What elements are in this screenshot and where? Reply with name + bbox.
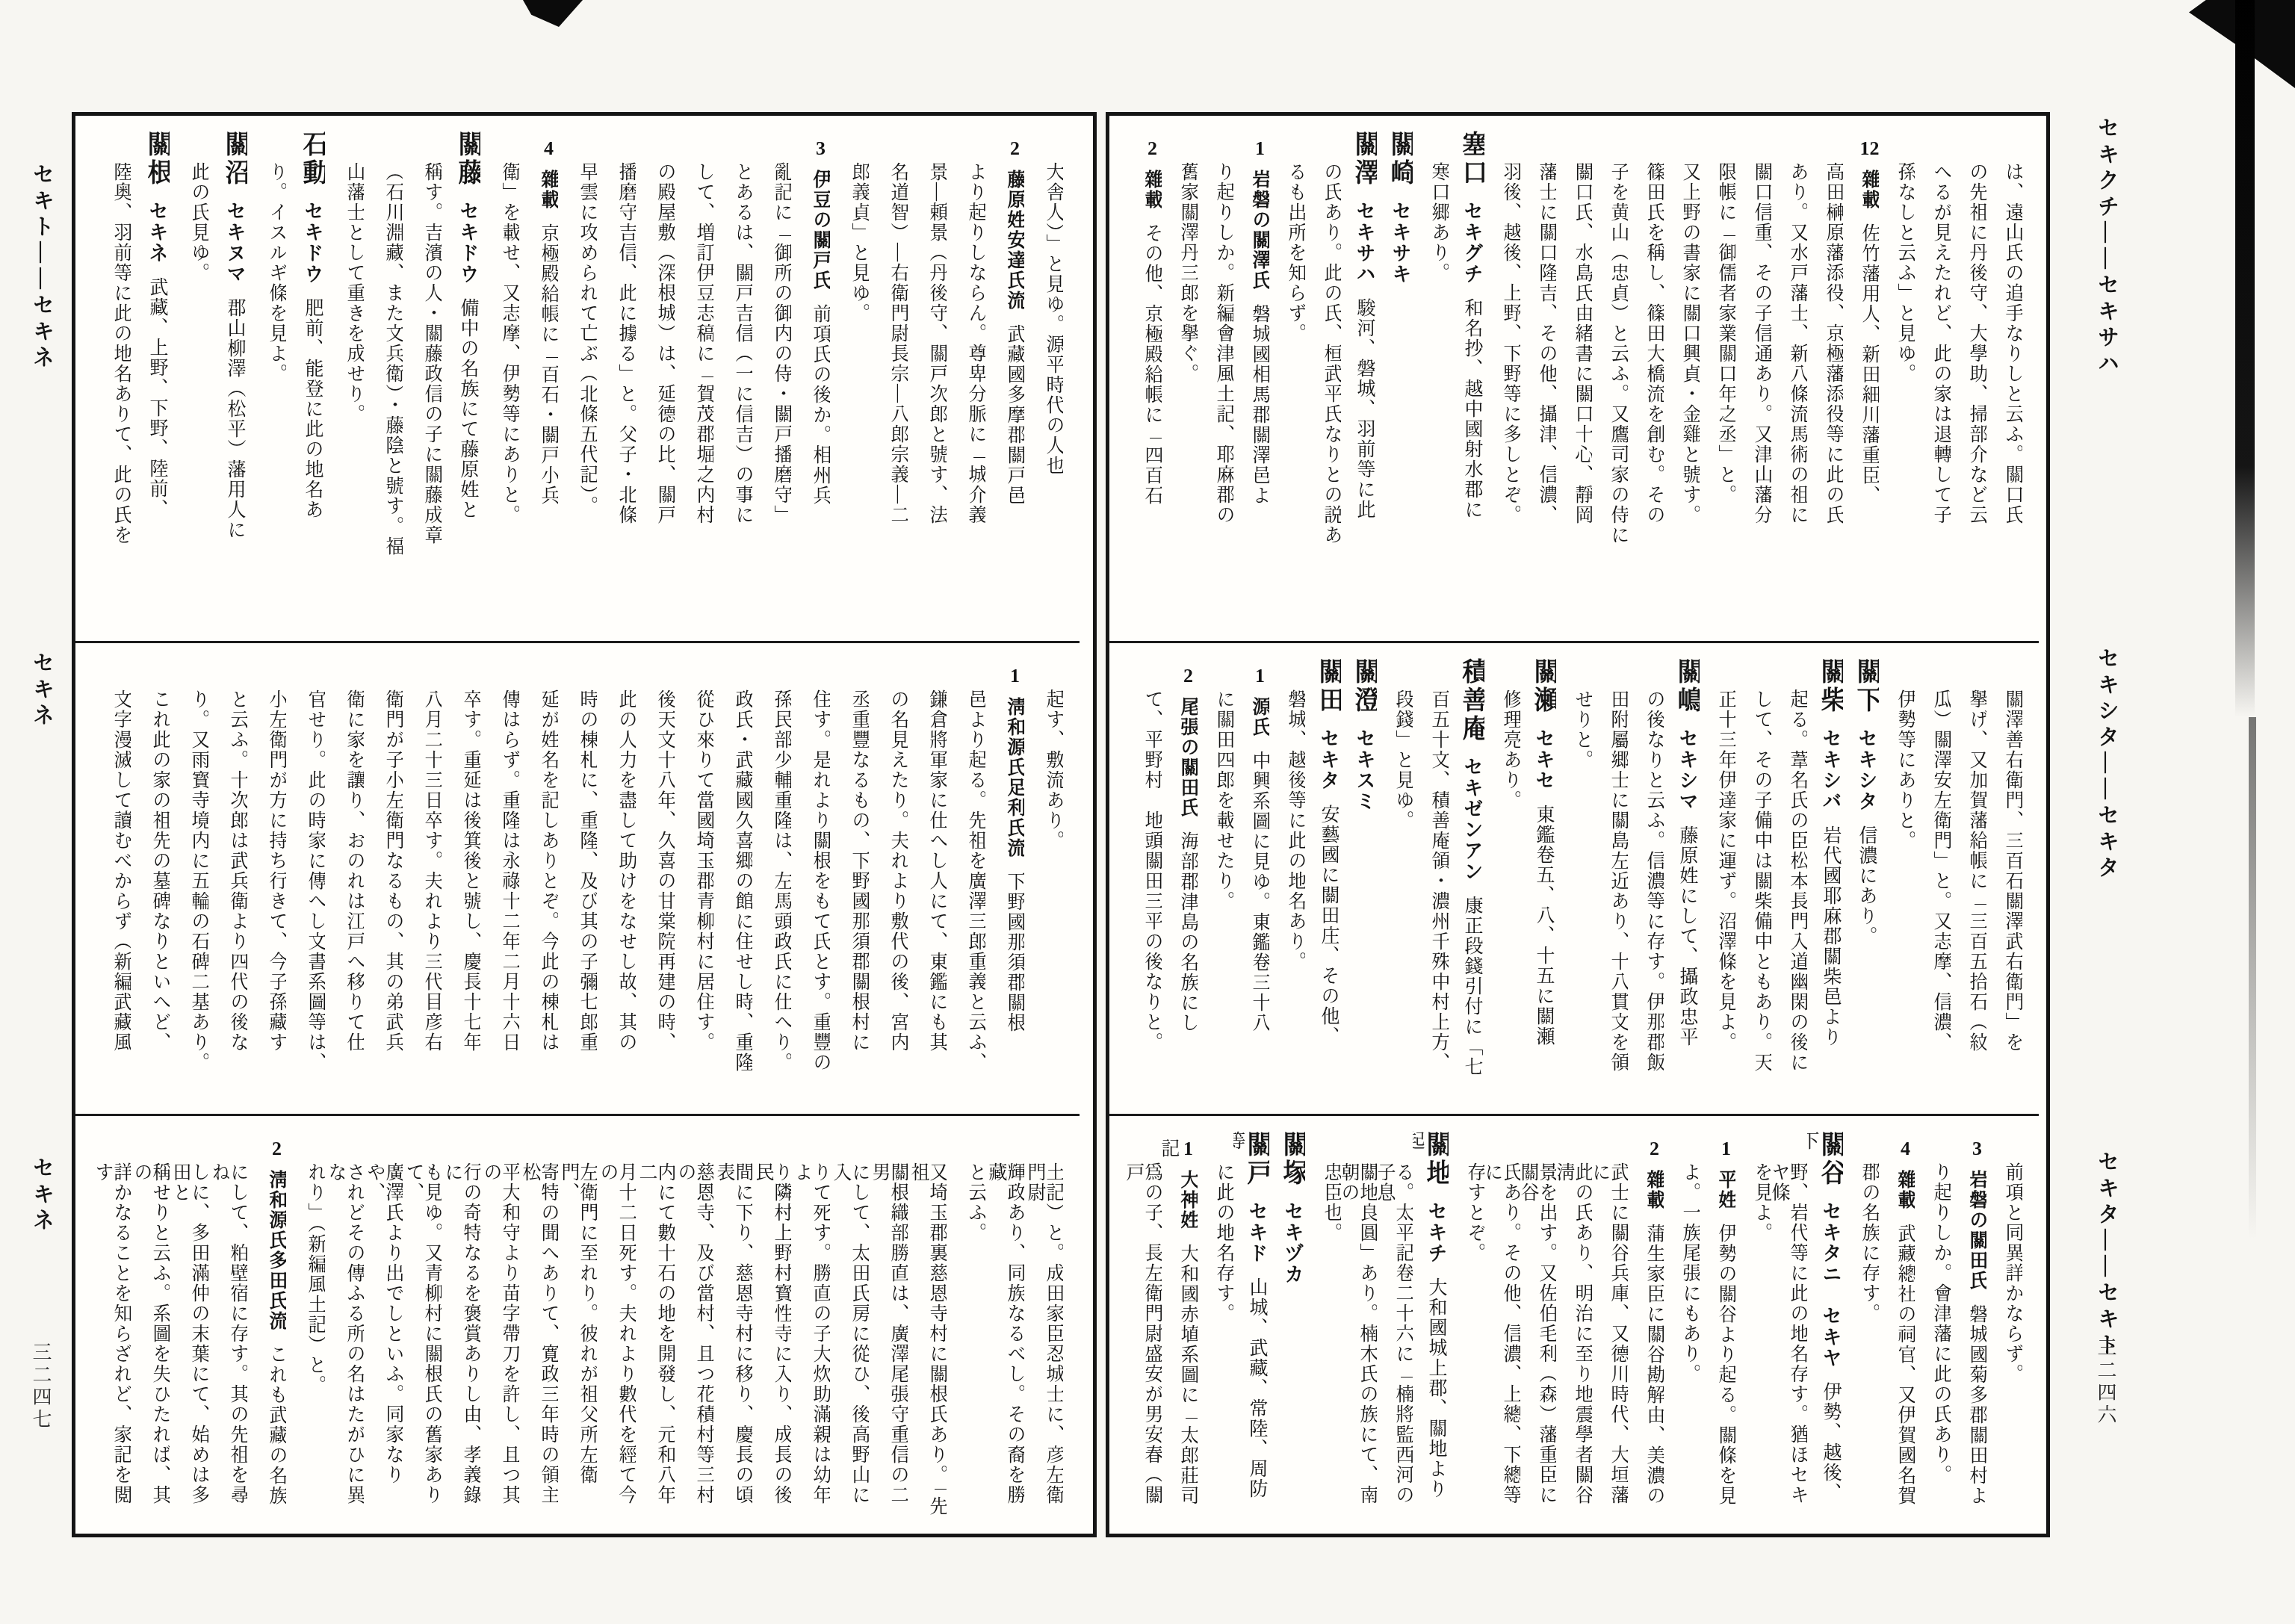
column-text: 關地良圓」あり。楠木氏の族にて、南朝の: [1341, 1162, 1377, 1505]
entry-column: 播磨守吉信、此に據る」と。父子・北條: [597, 126, 636, 630]
entry-column: 4雜載京極殿給帳に「百石・關戸小兵: [519, 126, 558, 630]
headword: 關澤: [1351, 131, 1377, 187]
headword: 關戸: [1243, 1131, 1269, 1188]
column-text: あり。又水戸藩士、新八條流馬術の祖に: [1788, 162, 1807, 525]
column-text: るも出所を知らず。: [1286, 162, 1305, 344]
headword: 塞口: [1458, 131, 1484, 187]
column-text: 間に下り、慈恩寺村に移り、慶長の頃表: [714, 1162, 752, 1505]
entry-subhead: 岩磐の關澤氏: [1250, 170, 1269, 291]
entry-column: 磐城、越後等に此の地名あり。: [1269, 654, 1305, 1103]
column-text: 陸奥、羽前等に此の地名ありて、此の氏を: [111, 162, 131, 545]
column-text: 起る。葦名氏の臣松本長門入道幽閑の後に: [1788, 689, 1807, 1073]
column-text: と云ふ。十次郎は武兵衛より四代の後な: [228, 689, 247, 1053]
column-text: 和名抄、越中國射水郡に: [1462, 298, 1482, 520]
column-text: の先祖に丹後守、大學助、掃部介など云: [1967, 162, 1986, 525]
column-text: 名道智）―右衛門尉長宗―八郎宗義―二: [888, 162, 908, 525]
entry-column: 1淸和源氏足利氏流下野國那須郡關根: [985, 654, 1024, 1103]
entry-column: る。太平記卷二十六に「楠將監西河の子息: [1377, 1126, 1413, 1516]
entry-column: 爲の子、長左衛門尉盛安が男安春（關戸: [1126, 1126, 1162, 1516]
entry-column: に此の地名存す。: [1198, 1126, 1233, 1516]
column-text: 肥前、能登に此の地名あ: [303, 298, 323, 520]
entry-column: 山藩士として重きを成せり。: [325, 126, 364, 630]
column-text: して、増訂伊豆志稿に「賀茂郡堀之内村: [694, 162, 713, 525]
entry-column: 官せり。此の時家に傳へし文書系圖等は、: [286, 654, 325, 1103]
column-text: 磐城國菊多郡關田村よ: [1967, 1304, 1986, 1506]
column-text: 伊勢の關谷より起る。關條を見: [1716, 1224, 1735, 1506]
entry-column: せりと。: [1556, 654, 1592, 1103]
entry-column: 平大和守より苗字帶刀を許し、且つ其の: [480, 1126, 519, 1516]
column-text: 文字漫滅して讀むべからず（新編武藏風: [111, 689, 131, 1053]
headword: 關嶋: [1673, 658, 1700, 715]
headword: 石動: [299, 131, 325, 187]
entry-column: 高田榊原藩添役、京極藩添役等に此の氏: [1807, 126, 1843, 630]
entry-column: 土記）と。成田家臣忍城士に、彦左衛門尉: [1024, 1126, 1063, 1516]
headword: 關柴: [1817, 658, 1843, 715]
entry-subhead: 源氏: [1250, 697, 1269, 737]
entry-column: 從ひ來りて當國埼玉郡青柳村に居住す。: [675, 654, 713, 1103]
entry-column: 廣澤氏より出でしといふ。同家なりや、: [364, 1126, 403, 1516]
column-text: 稱せりと云ふ。系圖を失ひたれば、其の: [131, 1162, 170, 1505]
entry-column: 關口信重、その子信通あり。又津山藩分: [1735, 126, 1771, 630]
entry-column: 衛門が子小左衛門なるもの、其の弟武兵: [364, 654, 403, 1103]
column-text: 擧げ、又加賀藩給帳に「三百五拾石（紋: [1967, 689, 1986, 1053]
column-text: 備中の名族にて藤原姓と: [458, 298, 478, 520]
column-text: 田附屬郷士に關島左近あり、十八貫文を領: [1608, 689, 1628, 1073]
page-number: 三二四七: [27, 1342, 55, 1431]
entry-column: の後なりと云ふ。信濃等に存す。伊那郡飯: [1628, 654, 1664, 1103]
column-text: 衛門が子小左衛門なるもの、其の弟武兵: [383, 689, 403, 1053]
column-text: の氏あり。此の氏、桓武平氏なりとの説あ: [1322, 162, 1341, 545]
entry-subhead: 雜載: [1895, 1170, 1915, 1210]
entry-column: り。イスルギ條を見よ。: [247, 126, 286, 630]
entry-number: 12: [1859, 138, 1879, 158]
column-text: 篠田氏を稱し、篠田大橋流を創む。その: [1644, 162, 1664, 525]
entry-column: 亂記に「御所の御内の侍・關戸播磨守」: [752, 126, 791, 630]
entry-column: 小左衛門が方に持ち行きて、今子孫藏す: [247, 654, 286, 1103]
entry-column: 孫民部少輔重隆は、左馬頭政氏に仕へり。: [752, 654, 791, 1103]
entry-column: 寄特の聞へありて、寛政三年時の領主松: [519, 1126, 558, 1516]
column-text: 子を黄山（忠貞）と云ふ。又鷹司家の侍に: [1608, 162, 1628, 545]
column-text: て、平野村 地頭關田三平の後なりと。: [1142, 689, 1162, 1053]
entry-column: 1大神姓大和國赤埴系圖に「太郎莊司記: [1162, 1126, 1198, 1516]
column-text: 土記）と。成田家臣忍城士に、彦左衛門尉: [1025, 1162, 1063, 1505]
page-number: 三二四六: [2092, 1337, 2119, 1427]
entry-column: 限帳に「御儒者家業關口年之丞」と。: [1700, 126, 1735, 630]
column-text: 詳かなることを知らざれど、家記を閲す: [93, 1162, 131, 1505]
entry-column-headword: 關澤セキサハ駿河、磐城、羽前等に此: [1341, 126, 1377, 630]
column-text: 月十二日死す。夫れより數代を經て今の: [598, 1162, 636, 1505]
column-text: 孫民部少輔重隆は、左馬頭政氏に仕へり。: [772, 689, 791, 1073]
column-text: 郡山柳澤（松平）藩用人に: [225, 298, 245, 540]
entry-number: 1: [1249, 138, 1269, 158]
column-text: 下野國那須郡關根: [1005, 872, 1024, 1033]
headword-reading: セキドウ: [302, 201, 323, 285]
column-text: 政氏・武藏國久喜郷の館に住せし時、重隆: [733, 689, 752, 1073]
column-text: 八月二十三日卒す。夫れより三代目彦右: [422, 689, 442, 1053]
headword: 關田: [1315, 658, 1341, 715]
column-text: しに、多田滿仲の末葉にて、始めは多田と: [170, 1162, 208, 1505]
column-text: 爲の子、長左衛門尉盛安が男安春（關戸: [1126, 1162, 1162, 1505]
headword-reading: セキサハ: [1354, 201, 1375, 285]
entry-column: 1源氏中興系圖に見ゆ。東鑑卷三十八: [1233, 654, 1269, 1103]
entry-column: 忠臣也。: [1305, 1126, 1341, 1516]
entry-column-headword: 關嶋セキシマ藤原姓にして、攝政忠平: [1664, 654, 1700, 1103]
entry-column: 政氏・武藏國久喜郷の館に住せし時、重隆: [713, 654, 752, 1103]
scan-edge-shadow: [2235, 0, 2255, 717]
entry-column: 後天文十八年、久喜の甘棠院再建の時、: [636, 654, 675, 1103]
column-text: を見よ。: [1752, 1162, 1771, 1243]
entry-column: も見ゆ。又青柳村に關根氏の舊家ありて、: [403, 1126, 442, 1516]
entry-column: 12雜載佐竹藩用人、新田細川藩重臣、: [1843, 126, 1879, 630]
entry-column: とあるは、關戸吉信（一に信吉）の事に: [713, 126, 752, 630]
entry-column: を見よ。: [1735, 1126, 1771, 1516]
entry-column: と云ふ。: [947, 1126, 985, 1516]
column-text: り。イスルギ條を見よ。: [267, 162, 286, 384]
column-text: 後天文十八年、久喜の甘棠院再建の時、: [655, 689, 675, 1053]
scanned-dictionary-spread: { "page_left": { "page_number": "三二四七", …: [0, 0, 2295, 1624]
entry-column: 又埼玉郡裏慈恩寺村に關根氏あり。「先祖: [908, 1126, 947, 1516]
entry-column: りて死す。勝直の子大炊助滿親は幼年よ: [791, 1126, 830, 1516]
column-text: 此の氏あり、明治に至り地震學者關谷淸: [1556, 1162, 1592, 1505]
column-text: 寒口郷あり。: [1429, 162, 1449, 283]
entry-column: て、平野村 地頭關田三平の後なりと。: [1126, 654, 1162, 1103]
column-text: 武藏總社の祠官、又伊賀國名賀: [1895, 1224, 1915, 1506]
headword-reading: セキネ: [146, 201, 168, 264]
entry-column: 修理亮あり。: [1484, 654, 1520, 1103]
entry-column: 行の奇特なるを褒賞ありし由、孝義錄に: [442, 1126, 480, 1516]
column-text: 輝政あり、同族なるべし。その裔を勝藏: [986, 1162, 1024, 1505]
entry-column-headword: 積善庵セキゼンアン康正段錢引付に「七: [1449, 654, 1484, 1103]
text-band: 關澤善右衛門、三百石關澤武右衛門」を擧げ、又加賀藩給帳に「三百五拾石（紋瓜）關澤…: [1109, 641, 2039, 1114]
headword-reading: セキヌマ: [224, 201, 246, 285]
entry-column: 稱す。吉濱の人・關藤政信の子に關藤成章: [403, 126, 442, 630]
entry-column: れり」（新編風土記）と。: [286, 1126, 325, 1516]
headword-reading: セキタニ セキヤ: [1820, 1201, 1842, 1369]
entry-column: 延が姓名を記しありとぞ。今此の棟札は: [519, 654, 558, 1103]
column-text: れり」（新編風土記）と。: [306, 1162, 325, 1395]
entry-column: 輝政あり、同族なるべし。その裔を勝藏: [985, 1126, 1024, 1516]
entry-column: 關地良圓」あり。楠木氏の族にて、南朝の: [1341, 1126, 1377, 1516]
margin-guideword: セキネ: [27, 1156, 58, 1235]
column-text: 山藩士として重きを成せり。: [344, 162, 364, 424]
text-band: 前項と同異詳かならず。3岩磐の關田氏磐城國菊多郡關田村より起りしか。會津藩に此の…: [1109, 1114, 2039, 1527]
entry-column: 擧げ、又加賀藩給帳に「三百五拾石（紋: [1951, 654, 1986, 1103]
entry-column: 起す、敷流あり。: [1024, 654, 1063, 1103]
column-text: にして、粕壁宿に存す。其の先祖を尋ね: [209, 1162, 247, 1505]
column-text: 早雲に攻められて亡ぶ（北條五代記）。: [577, 162, 597, 516]
column-text: 瓜）關澤安左衛門」と。又志摩、信濃、: [1931, 689, 1951, 1053]
entry-column: と云ふ。十次郎は武兵衛より四代の後な: [208, 654, 247, 1103]
column-text: 藤原姓にして、攝政忠平: [1677, 825, 1697, 1047]
column-text: （石川淵藏、また文兵衛）・藤陰と號す。福: [383, 162, 403, 557]
column-text: 延が姓名を記しありとぞ。今此の棟札は: [539, 689, 558, 1053]
headword: 關崎: [1387, 131, 1413, 187]
headword: 關塚: [1279, 1131, 1305, 1188]
column-text: 磐城國相馬郡關澤邑よ: [1250, 304, 1269, 506]
column-text: 忠臣也。: [1322, 1162, 1341, 1243]
entry-subhead: 淸和源氏足利氏流: [1005, 697, 1024, 858]
column-text: 駿河、磐城、羽前等に此: [1354, 298, 1375, 520]
entry-number: 3: [1966, 1138, 1986, 1158]
entry-column: 氏あり。その他、信濃、上總、下總等に: [1484, 1126, 1520, 1516]
column-text: 關根織部勝直は、廣澤尾張守重信の二男: [870, 1162, 908, 1505]
column-text: 關澤善右衛門、三百石關澤武右衛門」を: [2003, 689, 2022, 1053]
margin-guideword: セキネ: [27, 651, 58, 730]
column-text: これ此の家の祖先の墓碑なりといへど、: [150, 689, 170, 1053]
entry-column: 4雜載武藏總社の祠官、又伊賀國名賀: [1879, 1126, 1915, 1516]
entry-column: 八月二十三日卒す。夫れより三代目彦右: [403, 654, 442, 1103]
entry-column: 2雜載蒲生家臣に關谷勘解由、美濃の: [1628, 1126, 1664, 1516]
entry-number: 4: [1895, 1138, 1915, 1158]
entry-column: 百五十文、積善庵領・濃州千殊中村上方、: [1413, 654, 1449, 1103]
entry-column: して、増訂伊豆志稿に「賀茂郡堀之内村: [675, 126, 713, 630]
entry-column-headword: 關沼セキヌマ郡山柳澤（松平）藩用人に: [208, 126, 247, 630]
column-text: 正十三年伊達家に運ず。沼澤條を見よ。: [1716, 689, 1735, 1053]
column-text: 起す、敷流あり。: [1044, 689, 1063, 851]
entry-column: （石川淵藏、また文兵衛）・藤陰と號す。福: [364, 126, 403, 630]
column-text: 關口信重、その子信通あり。又津山藩分: [1752, 162, 1771, 525]
column-text: の殿屋敷（深根城）は、延德の比、關戸: [655, 162, 675, 525]
entry-column: 鎌倉將軍家に仕へし人にて、東鑑にも其: [908, 654, 947, 1103]
headword-reading: セキシバ: [1820, 728, 1842, 812]
entry-column: 内にて數十石の地を開發し、元和八年二: [636, 1126, 675, 1516]
entry-column: り。又雨寳寺境内に五輪の石碑二基あり。: [170, 654, 208, 1103]
column-text: り起りしか。會津藩に此の氏あり。: [1931, 1162, 1951, 1485]
column-text: に關田四郎を載せたり。: [1214, 689, 1233, 911]
column-text: 野、岩代等に此の地名存す。猶ほセキヤ條: [1771, 1162, 1807, 1505]
column-text: 卒す。重延は後箕後と號し、慶長十七年: [461, 689, 480, 1053]
entry-subhead: 伊豆の關戸氏: [811, 170, 830, 291]
entry-column: 詳かなることを知らざれど、家記を閲す: [92, 1126, 131, 1516]
headword-reading: セキゼンアン: [1461, 757, 1483, 882]
column-text: 羽後、越後、上野、下野等に多しとぞ。: [1501, 162, 1520, 525]
column-text: 此の氏見ゆ。: [189, 162, 208, 283]
column-text: 此の人力を盡して助けをなせし故、其の: [616, 689, 636, 1053]
entry-subhead: 平姓: [1716, 1170, 1735, 1210]
entry-subhead: 雜載: [1142, 170, 1162, 210]
entry-column: り起りしか。會津藩に此の氏あり。: [1915, 1126, 1951, 1516]
column-text: よ。一族尾張にもあり。: [1680, 1162, 1700, 1384]
entry-number: 4: [538, 138, 558, 158]
column-text: 小左衛門が方に持ち行きて、今子孫藏す: [267, 689, 286, 1053]
entry-column: 時の棟札に、重隆、及び其の子彌七郎重: [558, 654, 597, 1103]
entry-column: 稱せりと云ふ。系圖を失ひたれば、其の: [131, 1126, 170, 1516]
entry-subhead: 大神姓: [1178, 1170, 1198, 1230]
entry-number: 2: [1177, 666, 1198, 685]
headword-reading: セキシタ: [1856, 728, 1877, 812]
entry-subhead: 藤原姓安達氏流: [1005, 170, 1024, 311]
entry-column: 卒す。重延は後箕後と號し、慶長十七年: [442, 654, 480, 1103]
column-text: 佐竹藩用人、新田細川藩重臣、: [1859, 223, 1879, 506]
column-text: 播磨守吉信、此に據る」と。父子・北條: [616, 162, 636, 525]
column-text: 高田榊原藩添役、京極藩添役等に此の氏: [1824, 162, 1843, 525]
entry-number: 2: [1142, 138, 1162, 158]
entry-column: の名見えたり。夫れより敷代の後、宮内: [869, 654, 908, 1103]
entry-column: よ。一族尾張にもあり。: [1664, 1126, 1700, 1516]
entry-column: 郡の名族に存す。: [1843, 1126, 1879, 1516]
headword-reading: セキセ: [1533, 728, 1555, 791]
column-text: 寄特の聞へありて、寛政三年時の領主松: [520, 1162, 558, 1505]
entry-column: 月十二日死す。夫れより數代を經て今の: [597, 1126, 636, 1516]
column-text: 安藝國に關田庄、その他、: [1319, 805, 1339, 1047]
column-text: 蒲生家臣に關谷勘解由、美濃の: [1644, 1224, 1664, 1506]
headword: 關谷: [1817, 1131, 1843, 1188]
column-text: 東鑑卷五、八、十五に關瀬: [1534, 805, 1554, 1047]
entry-column: の殿屋敷（深根城）は、延德の比、關戸: [636, 126, 675, 630]
entry-column: 邑より起る。先祖を廣澤三郎重義と云ふ、: [947, 654, 985, 1103]
entry-number: 2: [1644, 1138, 1664, 1158]
column-text: 修理亮あり。: [1501, 689, 1520, 811]
headword-reading: セキスミ: [1354, 728, 1375, 812]
column-text: 衛に家を讓り、おのれは江戸へ移りて仕: [344, 689, 364, 1053]
left-page: 大舎人）」と見ゆ。源平時代の人也2藤原姓安達氏流武藏國多摩郡關戸邑より起りしなら…: [72, 112, 1097, 1537]
margin-guideword: セキタ――セキト: [2092, 1150, 2122, 1360]
column-text: 稱す。吉濱の人・關藤政信の子に關藤成章: [422, 162, 442, 545]
column-text: 景を出す。又佐伯毛利（森）藩重臣に關谷: [1520, 1162, 1556, 1505]
entry-column: 起る。葦名氏の臣松本長門入道幽閑の後に: [1771, 654, 1807, 1103]
entry-column: しに、多田滿仲の末葉にて、始めは多田と: [170, 1126, 208, 1516]
entry-column: にして、太田氏房に從ひ、後高野山に入: [830, 1126, 869, 1516]
column-text: 左衛門に至れり。彼れが祖父所左衛門、: [559, 1162, 597, 1485]
entry-column: 子を黄山（忠貞）と云ふ。又鷹司家の侍に: [1592, 126, 1628, 630]
column-text: 鎌倉將軍家に仕へし人にて、東鑑にも其: [927, 689, 947, 1053]
entry-column-headword: 關藤セキドウ備中の名族にて藤原姓と: [442, 126, 480, 630]
entry-column: 武士に關谷兵庫、又德川時代、大垣藩に: [1592, 1126, 1628, 1516]
column-text: り隣村上野村寳性寺に入り、成長の後民: [753, 1162, 791, 1505]
entry-column: の先祖に丹後守、大學助、掃部介など云: [1951, 126, 1986, 630]
entry-column-headword: 關塚セキヅカ: [1269, 1126, 1305, 1516]
entry-column-headword: 關瀬セキセ東鑑卷五、八、十五に關瀬: [1520, 654, 1556, 1103]
entry-column: 羽後、越後、上野、下野等に多しとぞ。: [1484, 126, 1520, 630]
text-band: は、遠山氏の追手なりしと云ふ。關口氏の先祖に丹後守、大學助、掃部介など云へるが見…: [1109, 116, 2039, 641]
margin-guideword: セキシタ――セキタ: [2092, 647, 2122, 882]
column-text: 關口氏、水島氏由緒書に關口十心、靜岡: [1573, 162, 1592, 525]
entry-column: 存すとぞ。: [1449, 1126, 1484, 1516]
entry-number: 3: [810, 138, 830, 158]
column-text: して、その子備中は關柴備中ともあり。天: [1752, 689, 1771, 1073]
entry-column: 野、岩代等に此の地名存す。猶ほセキヤ條: [1771, 1126, 1807, 1516]
entry-column: 2尾張の關田氏海部郡津島の名族にし: [1162, 654, 1198, 1103]
column-text: 廣澤氏より出でしといふ。同家なりや、: [365, 1162, 403, 1485]
entry-column: 此の人力を盡して助けをなせし故、其の: [597, 654, 636, 1103]
entry-column: 2淸和源氏多田氏流これも武藏の名族: [247, 1126, 286, 1516]
entry-subhead: 雜載: [1859, 170, 1879, 210]
entry-column: り起りしか。新編會津風土記、耶麻郡の: [1198, 126, 1233, 630]
entry-column: 藩士に關口隆吉、その他、攝津、信濃、: [1520, 126, 1556, 630]
headword: 關澄: [1351, 658, 1377, 715]
column-text: に此の地名存す。: [1214, 1162, 1233, 1324]
column-text: 舊家關澤丹三郎を擧ぐ。: [1178, 162, 1198, 384]
entry-column: 關口氏、水島氏由緒書に關口十心、靜岡: [1556, 126, 1592, 630]
column-text: 磐城、越後等に此の地名あり。: [1286, 689, 1305, 972]
entry-column: 早雲に攻められて亡ぶ（北條五代記）。: [558, 126, 597, 630]
entry-column: 篠田氏を稱し、篠田大橋流を創む。その: [1628, 126, 1664, 630]
column-text: 武藏、上野、下野、陸前、: [147, 277, 167, 519]
entry-column: 伊勢等にありと。: [1879, 654, 1915, 1103]
entry-column: へるが見えたれど、此の家は退轉して子: [1915, 126, 1951, 630]
entry-subhead: 雜載: [1644, 1170, 1664, 1210]
entry-column: 關澤善右衛門、三百石關澤武右衛門」を: [1986, 654, 2022, 1103]
text-band: 起す、敷流あり。1淸和源氏足利氏流下野國那須郡關根邑より起る。先祖を廣澤三郎重義…: [75, 641, 1080, 1114]
headword: 積善庵: [1458, 658, 1484, 743]
headword: 關下: [1853, 658, 1879, 715]
column-text: 時の棟札に、重隆、及び其の子彌七郎重: [577, 689, 597, 1053]
column-text: より起りしならん。尊卑分脈に「城介義: [966, 162, 985, 525]
entry-column: は、遠山氏の追手なりしと云ふ。關口氏: [1986, 126, 2022, 630]
margin-guideword: セキト――セキネ: [27, 163, 58, 372]
column-text: 内にて數十石の地を開發し、元和八年二: [637, 1162, 675, 1505]
column-text: 住す。是れより關根をもて氏とす。重豐の: [811, 689, 830, 1073]
entry-column: あり。又水戸藩士、新八條流馬術の祖に: [1771, 126, 1807, 630]
headword-reading: セキヅカ: [1282, 1201, 1304, 1285]
entry-column: 田附屬郷士に關島左近あり、十八貫文を領: [1592, 654, 1628, 1103]
column-text: 慈恩寺、及び當村、且つ花積村等三村の: [675, 1162, 713, 1505]
column-text: 又埼玉郡裏慈恩寺村に關根氏あり。「先祖: [908, 1162, 947, 1516]
column-text: 郡の名族に存す。: [1859, 1162, 1879, 1324]
scan-artifact: [523, 0, 583, 27]
entry-column-headword: 關下セキシタ信濃にあり。: [1843, 654, 1879, 1103]
entry-column: 景を出す。又佐伯毛利（森）藩重臣に關谷: [1520, 1126, 1556, 1516]
column-text: とあるは、關戸吉信（一に信吉）の事に: [733, 162, 752, 525]
entry-column: されどその傳ふる所の名はたがひに異な: [325, 1126, 364, 1516]
entry-column: 間に下り、慈恩寺村に移り、慶長の頃表: [713, 1126, 752, 1516]
entry-number: 2: [266, 1138, 286, 1158]
entry-subhead: 岩磐の關田氏: [1967, 1170, 1986, 1291]
column-text: せりと。: [1573, 689, 1592, 770]
column-text: 藩士に關口隆吉、その他、攝津、信濃、: [1537, 162, 1556, 525]
column-text: 丞重豐なるもの、下野國那須郡關根村に: [849, 689, 869, 1053]
entry-column: 前項と同異詳かならず。: [1986, 1126, 2022, 1516]
entry-column: 舊家關澤丹三郎を擧ぐ。: [1162, 126, 1198, 630]
column-text: り。又雨寳寺境内に五輪の石碑二基あり。: [189, 689, 208, 1073]
column-text: 平大和守より苗字帶刀を許し、且つ其の: [481, 1162, 519, 1505]
column-text: 限帳に「御儒者家業關口年之丞」と。: [1716, 162, 1735, 505]
column-text: の名見えたり。夫れより敷代の後、宮内: [888, 689, 908, 1053]
headword-reading: セキシマ: [1676, 728, 1698, 812]
column-text: 存すとぞ。: [1465, 1162, 1484, 1263]
column-text: 武士に關谷兵庫、又德川時代、大垣藩に: [1592, 1162, 1628, 1505]
headword: 關瀬: [1530, 658, 1556, 715]
column-text: は、遠山氏の追手なりしと云ふ。關口氏: [2003, 162, 2022, 525]
headword-reading: セキド: [1246, 1201, 1268, 1264]
entry-column: 傳はらず。重隆は永祿十二年二月十六日: [480, 654, 519, 1103]
entry-column: 衛」を載せ、又志摩、伊勢等にありと。: [480, 126, 519, 630]
headword: 關沼: [221, 131, 247, 187]
entry-column: 景―頼景（丹後守、關戸次郎と號す、法: [908, 126, 947, 630]
text-band: 土記）と。成田家臣忍城士に、彦左衛門尉輝政あり、同族なるべし。その裔を勝藏と云ふ…: [75, 1114, 1080, 1527]
entry-column: これ此の家の祖先の墓碑なりといへど、: [131, 654, 170, 1103]
entry-column-headword: 石動セキドウ肥前、能登に此の地名あ: [286, 126, 325, 630]
entry-column: より起りしならん。尊卑分脈に「城介義: [947, 126, 985, 630]
margin-guideword: セキクチ――セキサハ: [2092, 117, 2122, 378]
column-text: 前項と同異詳かならず。: [2003, 1162, 2022, 1384]
entry-column: にして、粕壁宿に存す。其の先祖を尋ね: [208, 1126, 247, 1516]
column-text: されどその傳ふる所の名はたがひに異な: [326, 1162, 364, 1505]
right-page: は、遠山氏の追手なりしと云ふ。關口氏の先祖に丹後守、大學助、掃部介など云へるが見…: [1106, 112, 2050, 1537]
column-text: 亂記に「御所の御内の侍・關戸播磨守」: [772, 162, 791, 525]
column-text: その他、京極殿給帳に「四百石: [1142, 223, 1162, 506]
column-text: 伊勢等にありと。: [1895, 689, 1915, 851]
column-text: 景―頼景（丹後守、關戸次郎と號す、法: [927, 162, 947, 525]
entry-column: 關根織部勝直は、廣澤尾張守重信の二男: [869, 1126, 908, 1516]
column-text: 海部郡津島の名族にし: [1178, 831, 1198, 1033]
column-text: へるが見えたれど、此の家は退轉して子: [1931, 162, 1951, 525]
entry-column-headword: 關地セキチ大和國城上郡、關地より起: [1413, 1126, 1449, 1516]
entry-column: 郎義貞」と見ゆ。: [830, 126, 869, 630]
entry-column: 瓜）關澤安左衛門」と。又志摩、信濃、: [1915, 654, 1951, 1103]
entry-column-headword: 塞口セキグチ和名抄、越中國射水郡に: [1449, 126, 1484, 630]
entry-column: 衛に家を讓り、おのれは江戸へ移りて仕: [325, 654, 364, 1103]
